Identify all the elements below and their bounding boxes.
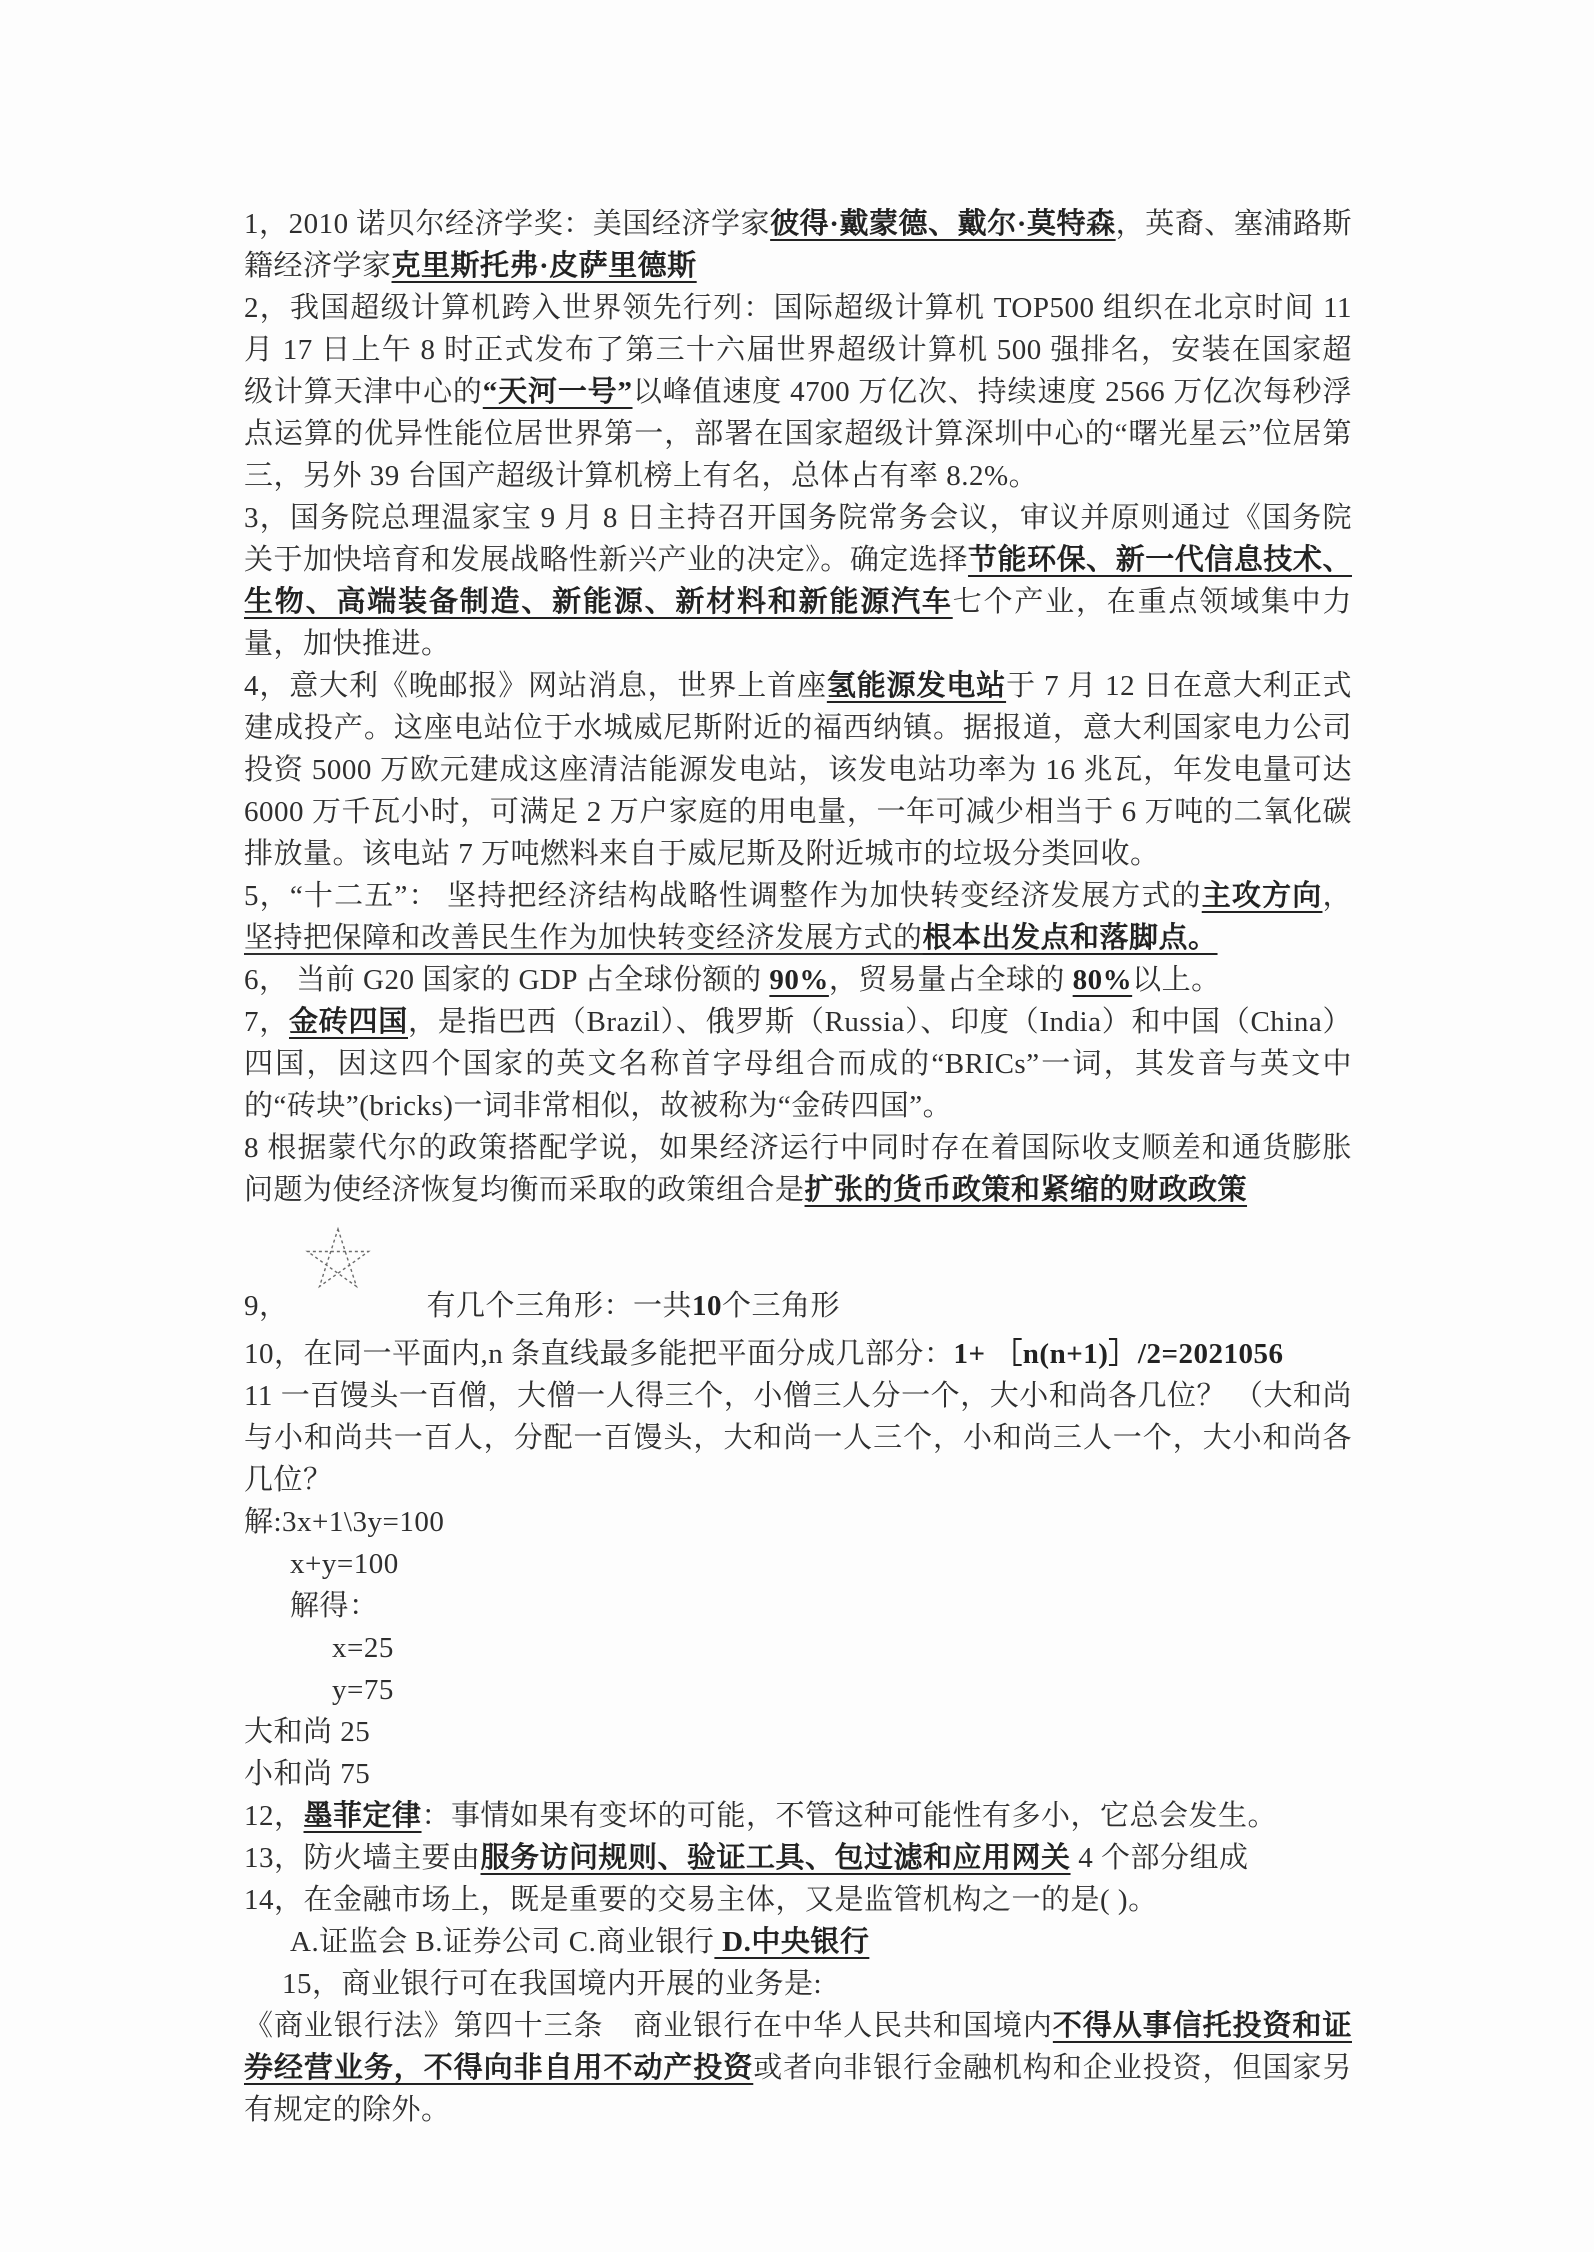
text-segment: 解:3x+1\3y=100	[244, 1506, 444, 1538]
text-segment: 扩张的货币政策和紧缩的财政政策	[805, 1174, 1248, 1206]
item-number: 9，	[244, 1285, 289, 1327]
paragraph: 13，防火墙主要由服务访问规则、验证工具、包过滤和应用网关 4 个部分组成	[244, 1837, 1352, 1879]
text-segment: 15，商业银行可在我国境内开展的业务是:	[282, 1968, 822, 2000]
paragraph: 解:3x+1\3y=100	[244, 1501, 1352, 1543]
text-segment: 13，防火墙主要由	[244, 1842, 481, 1874]
text-segment: 服务访问规则、验证工具、包过滤和应用网关	[481, 1842, 1071, 1874]
paragraph: 3，国务院总理温家宝 9 月 8 日主持召开国务院常务会议，审议并原则通过《国务…	[244, 497, 1352, 665]
text-segment: 4 个部分组成	[1071, 1842, 1249, 1874]
text-segment: 90%	[769, 964, 829, 996]
question-9-line: 9，有几个三角形：一共 10 个三角形	[244, 1223, 1352, 1327]
paragraph: 8 根据蒙代尔的政策搭配学说，如果经济运行中同时存在着国际收支顺差和通货膨胀问题…	[244, 1127, 1352, 1211]
paragraph: 15，商业银行可在我国境内开展的业务是:	[244, 1963, 1352, 2005]
text-segment: ，贸易量占全球的	[829, 964, 1073, 996]
text-segment: x+y=100	[290, 1548, 399, 1580]
text-segment: ，是指巴西（Brazil）、俄罗斯（Russia）、印度（India）和中国（C…	[244, 1006, 1352, 1122]
text-segment: 金砖四国	[289, 1006, 408, 1038]
paragraph: 6， 当前 G20 国家的 GDP 占全球份额的 90%，贸易量占全球的 80%…	[244, 959, 1352, 1001]
text-segment: 14，在金融市场上，既是重要的交易主体，又是监管机构之一的是( )。	[244, 1884, 1158, 1916]
text-segment: 墨菲定律	[304, 1800, 422, 1832]
text-segment: 4，意大利《晚邮报》网站消息，世界上首座	[244, 670, 827, 702]
paragraph: 大和尚 25	[244, 1711, 1352, 1753]
paragraph: 7，金砖四国，是指巴西（Brazil）、俄罗斯（Russia）、印度（India…	[244, 1001, 1352, 1127]
paragraph: 1，2010 诺贝尔经济学奖：美国经济学家彼得·戴蒙德、戴尔·莫特森，英裔、塞浦…	[244, 203, 1352, 287]
paragraph: x=25	[244, 1627, 1352, 1669]
text-segment: ：事情如果有变坏的可能，不管这种可能性有多小，它总会发生。	[422, 1800, 1278, 1832]
paragraph: 12，墨菲定律：事情如果有变坏的可能，不管这种可能性有多小，它总会发生。	[244, 1795, 1352, 1837]
paragraph: 4，意大利《晚邮报》网站消息，世界上首座氢能源发电站于 7 月 12 日在意大利…	[244, 665, 1352, 875]
paragraph: x+y=100	[244, 1543, 1352, 1585]
text-segment: 克里斯托弗·皮萨里德斯	[392, 250, 697, 282]
text-segment: 主攻方向	[1202, 880, 1323, 912]
paragraph: 小和尚 75	[244, 1753, 1352, 1795]
text-segment: 氢能源发电站	[827, 670, 1006, 702]
scanned-document-page: 1，2010 诺贝尔经济学奖：美国经济学家彼得·戴蒙德、戴尔·莫特森，英裔、塞浦…	[0, 0, 1594, 2252]
paragraph: 5，“十二五”： 坚持把经济结构战略性调整作为加快转变经济发展方式的主攻方向，坚…	[244, 875, 1352, 959]
document-content: 1，2010 诺贝尔经济学奖：美国经济学家彼得·戴蒙德、戴尔·莫特森，英裔、塞浦…	[244, 203, 1352, 2131]
text-segment: 坚持把保障和改善民生作为加快转变经济发展方式的	[244, 922, 923, 954]
paragraph: 10，在同一平面内,n 条直线最多能把平面分成几部分：1+ ［n(n+1)］/2…	[244, 1333, 1352, 1375]
text-segment: y=75	[332, 1674, 394, 1706]
text-segment: 解得：	[290, 1590, 379, 1622]
text-segment: 80%	[1073, 964, 1133, 996]
text-segment: 10，在同一平面内,n 条直线最多能把平面分成几部分：	[244, 1338, 954, 1370]
text-segment: 个三角形	[722, 1285, 840, 1327]
text-segment: 《商业银行法》第四十三条 商业银行在中华人民共和国境内	[244, 2010, 1053, 2042]
text-segment: 彼得·戴蒙德、戴尔·莫特森	[770, 208, 1116, 240]
text-segment: 1，2010 诺贝尔经济学奖：美国经济学家	[244, 208, 770, 240]
text-segment: 12，	[244, 1800, 304, 1832]
text-segment: 以上。	[1132, 964, 1221, 996]
paragraph: 《商业银行法》第四十三条 商业银行在中华人民共和国境内不得从事信托投资和证券经营…	[244, 2005, 1352, 2131]
paragraph: A.证监会 B.证券公司 C.商业银行 D.中央银行	[244, 1921, 1352, 1963]
text-segment: “天河一号”	[483, 376, 633, 408]
paragraph: y=75	[244, 1669, 1352, 1711]
text-segment: A.证监会 B.证券公司 C.商业银行	[290, 1926, 714, 1958]
text-segment: 1+ ［n(n+1)］/2=2021056	[954, 1338, 1284, 1370]
text-segment: 5，“十二五”： 坚持把经济结构战略性调整作为加快转变经济发展方式的	[244, 880, 1202, 912]
paragraph: 2，我国超级计算机跨入世界领先行列：国际超级计算机 TOP500 组织在北京时间…	[244, 287, 1352, 497]
text-segment: 11 一百馒头一百僧，大僧一人得三个，小僧三人分一个，大小和尚各几位？ （大和尚…	[244, 1380, 1352, 1496]
text-segment: 7，	[244, 1006, 289, 1038]
text-segment: 10	[692, 1285, 722, 1327]
text-segment: x=25	[332, 1632, 394, 1664]
paragraph: 14，在金融市场上，既是重要的交易主体，又是监管机构之一的是( )。	[244, 1879, 1352, 1921]
text-segment: ，	[1322, 880, 1352, 912]
text-segment: D.中央银行	[714, 1926, 869, 1958]
text-segment: 根本出发点和落脚点。	[923, 922, 1218, 954]
text-segment: 大和尚 25	[244, 1716, 370, 1748]
paragraph: 11 一百馒头一百僧，大僧一人得三个，小僧三人分一个，大小和尚各几位？ （大和尚…	[244, 1375, 1352, 1501]
text-segment: 有几个三角形：一共	[427, 1285, 693, 1327]
text-segment: 小和尚 75	[244, 1758, 370, 1790]
text-segment: 6， 当前 G20 国家的 GDP 占全球份额的	[244, 964, 769, 996]
paragraph: 解得：	[244, 1585, 1352, 1627]
pentagram-star-icon	[305, 1225, 371, 1297]
